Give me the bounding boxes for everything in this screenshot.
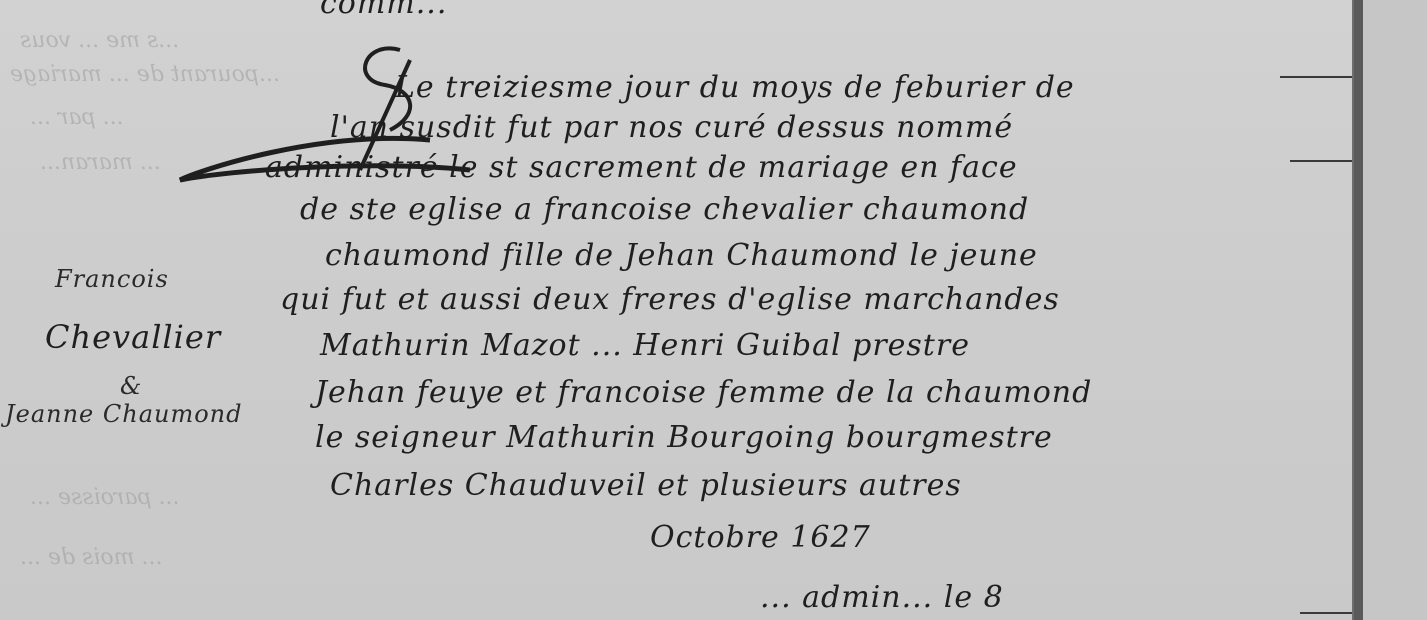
entry-line: Jehan feuye et francoise femme de la cha… [315,375,1092,410]
entry-line: l'an susdit fut par nos curé dessus nomm… [330,110,1013,145]
previous-entry-fragment: comm... [320,0,447,21]
page-binding-edge [1352,0,1363,620]
entry-line: Le treiziesme jour du moys de feburier d… [395,70,1075,105]
line-filler-rule [1290,160,1352,162]
bleed-through-text: ... par ... [30,105,124,130]
margin-note-groom-surname: Chevallier [45,318,221,356]
entry-line: Mathurin Mazot ... Henri Guibal prestre [320,328,970,363]
entry-line: chaumond fille de Jehan Chaumond le jeun… [325,238,1038,273]
bleed-through-text: ... mois de ... [20,545,162,570]
entry-line: administré le st sacrement de mariage en… [265,150,1018,185]
entry-line: Charles Chauduveil et plusieurs autres [330,468,962,503]
bleed-through-text: ... maran... [40,150,161,175]
bleed-through-text: ...s me ... vous [20,28,179,53]
line-filler-rule [1280,76,1352,78]
margin-note-bride: Jeanne Chaumond [5,400,243,428]
line-filler-rule [1300,612,1352,614]
next-entry-fragment: ... admin... le 8 [760,580,1004,615]
entry-date: Octobre 1627 [650,520,871,555]
scan-background [1363,0,1427,620]
entry-line: de ste eglise a francoise chevalier chau… [300,192,1029,227]
bleed-through-text: ... paroisse ... [30,485,180,510]
margin-note-ampersand: & [120,372,142,400]
entry-line: le seigneur Mathurin Bourgoing bourgmest… [315,420,1053,455]
margin-note-groom-first: Francois [55,265,169,293]
manuscript-page: ...s me ... vous ...pourant de ... maria… [0,0,1356,620]
entry-line: qui fut et aussi deux freres d'eglise ma… [280,282,1060,317]
